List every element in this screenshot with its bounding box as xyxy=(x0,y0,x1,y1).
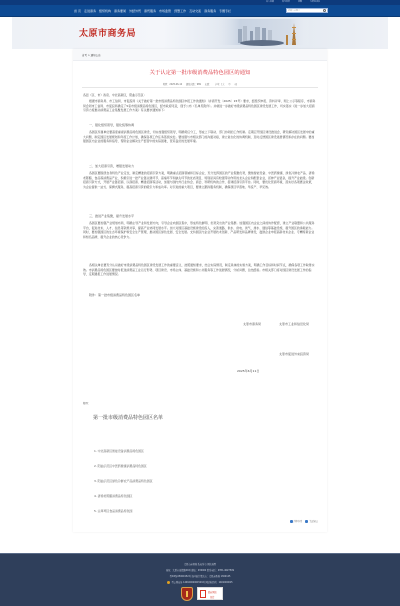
section-1-heading: 一、强化组织领导，强化统筹协调 xyxy=(89,123,134,127)
section-3-heading: 三、推进产业集聚，提升发展水平 xyxy=(89,214,134,218)
list-item: 1. 中北高新区智能设备消费品特色园区 xyxy=(94,449,144,453)
nav-item-about[interactable]: 走进商务 xyxy=(84,5,96,17)
attachment-title: 第一批市级消费品特色园区名单 xyxy=(93,414,163,421)
section-3-body: 各园区要加强产业规划布局，明确主导产业和发展方向，引导企业向园区集中，形成特色鲜… xyxy=(83,221,317,239)
main-nav: 首 页 走进商务 组织机构 商务要闻 外经外贸 商贸服务 市场监管 预警工作 互… xyxy=(74,5,231,17)
signatory-commerce-bureau: 太原市商务局 xyxy=(243,322,261,326)
close-window-icon xyxy=(305,520,308,523)
list-item: 2. 阳曲示范区中医药健康消费品特色园区 xyxy=(94,464,147,468)
error-report-label-2: 找错 xyxy=(210,595,214,599)
list-item: 3. 阳曲示范区绿色冷鲜农产品消费品特色园区 xyxy=(94,479,153,483)
gov-site-error-report-button[interactable]: 政府网站 找错 xyxy=(197,587,223,600)
footer-address: 地址：太原市新建路69号 邮编：030002 联系电话：0351-4027509 xyxy=(0,568,400,572)
attachment-reference: 附件：第一批市级消费品特色园区名单 xyxy=(89,293,140,297)
close-window-label: 关闭窗口 xyxy=(309,519,318,523)
article-actions: 打印本页 关闭窗口 xyxy=(290,519,319,523)
nav-item-organization[interactable]: 组织机构 xyxy=(99,5,111,17)
print-button[interactable]: 打印本页 xyxy=(290,519,303,523)
nav-item-foreign-trade[interactable]: 外经外贸 xyxy=(129,5,141,17)
search-input[interactable]: 请输入关键字 xyxy=(286,8,328,13)
main-nav-bar: 首 页 走进商务 组织机构 商务要闻 外经外贸 商贸服务 市场监管 预警工作 互… xyxy=(0,5,400,17)
footer-icp[interactable]: 晋ICP备05001952号 访问统计量站点：太原商务局 1300125 xyxy=(0,574,400,578)
nav-item-news[interactable]: 商务要闻 xyxy=(114,5,126,17)
nav-item-business-services[interactable]: 商务服务 xyxy=(204,5,216,17)
error-report-label-1: 政府网站 xyxy=(208,590,217,594)
city-skyline-image xyxy=(210,17,310,49)
divider xyxy=(82,87,318,88)
error-report-icon xyxy=(200,590,206,598)
breadcrumb: 首页 > 通知公告 xyxy=(73,49,327,61)
section-2-heading: 二、加大招商引资，增强发展动力 xyxy=(89,164,134,168)
nav-item-special-topics[interactable]: 专题专栏 xyxy=(219,5,231,17)
print-label: 打印本页 xyxy=(294,519,303,523)
nav-item-home[interactable]: 首 页 xyxy=(74,5,81,17)
list-item: 5. 尖草坪区食品消费品特色园 xyxy=(94,509,132,513)
intro-paragraph: 根据市商务局、市工信局、市促投局《关于做好第一批市级消费品特色园区申报工作的通知… xyxy=(83,99,317,113)
search-placeholder: 请输入关键字 xyxy=(288,9,300,13)
party-government-emblem[interactable] xyxy=(181,587,193,601)
nav-item-market-supervision[interactable]: 市场监管 xyxy=(159,5,171,17)
nav-item-warning[interactable]: 预警工作 xyxy=(174,5,186,17)
section-1-body: 各园区所属单位要高度重视消费品特色园区建设，切实加强组织领导，明确责任分工，形成… xyxy=(83,130,317,144)
article-meta: 时间：2025-06-12 浏览次数：989 来源： 字号：[大 中 小] xyxy=(73,82,327,86)
signatory-investment-bureau: 太原市促进外来投资局 xyxy=(279,352,309,356)
close-window-button[interactable]: 关闭窗口 xyxy=(305,519,318,523)
signatory-industry-bureau: 太原市工业和信息化局 xyxy=(279,322,309,326)
footer-copyright[interactable]: 太原市商务局 版权所有 网站地图 xyxy=(0,562,400,566)
footer-police-record[interactable]: 晋公网安备 14010002001529号 网站标识码：1401000015 xyxy=(0,580,400,584)
printer-icon xyxy=(290,520,293,523)
salutation: 各县（区、市）政府、中北高新区，阳曲示范区： xyxy=(83,93,317,98)
article-panel: 首页 > 通知公告 关于认定第一批市级消费品特色园区的通知 时间：2025-06… xyxy=(73,49,327,532)
attachment-label: 附件： xyxy=(83,401,91,405)
closing-paragraph: 各相关单位要充分认识做好市级消费品特色园区建设发展工作的重要意义，按照通知要求，… xyxy=(83,263,317,277)
list-item: 4. 清徐老陈醋消费品特色园区 xyxy=(94,494,132,498)
site-banner: 太原市商务局 xyxy=(12,17,388,49)
search-icon[interactable] xyxy=(323,9,326,12)
breadcrumb-text[interactable]: 首页 > 通知公告 xyxy=(82,53,101,57)
police-record-text: 晋公网安备 14010002001529号 网站标识码：1401000015 xyxy=(171,581,232,584)
site-logo-title[interactable]: 太原市商务局 xyxy=(79,26,136,39)
section-2-body: 各园区要围绕自身特色产业定位，制定精准的招商引资方案，明确重点招商领域和目标企业… xyxy=(83,171,317,189)
nav-item-interaction[interactable]: 互动交流 xyxy=(189,5,201,17)
nav-item-trade-services[interactable]: 商贸服务 xyxy=(144,5,156,17)
article-title: 关于认定第一批市级消费品特色园区的通知 xyxy=(73,68,327,76)
document-date: 2025年6月11日 xyxy=(237,369,259,373)
